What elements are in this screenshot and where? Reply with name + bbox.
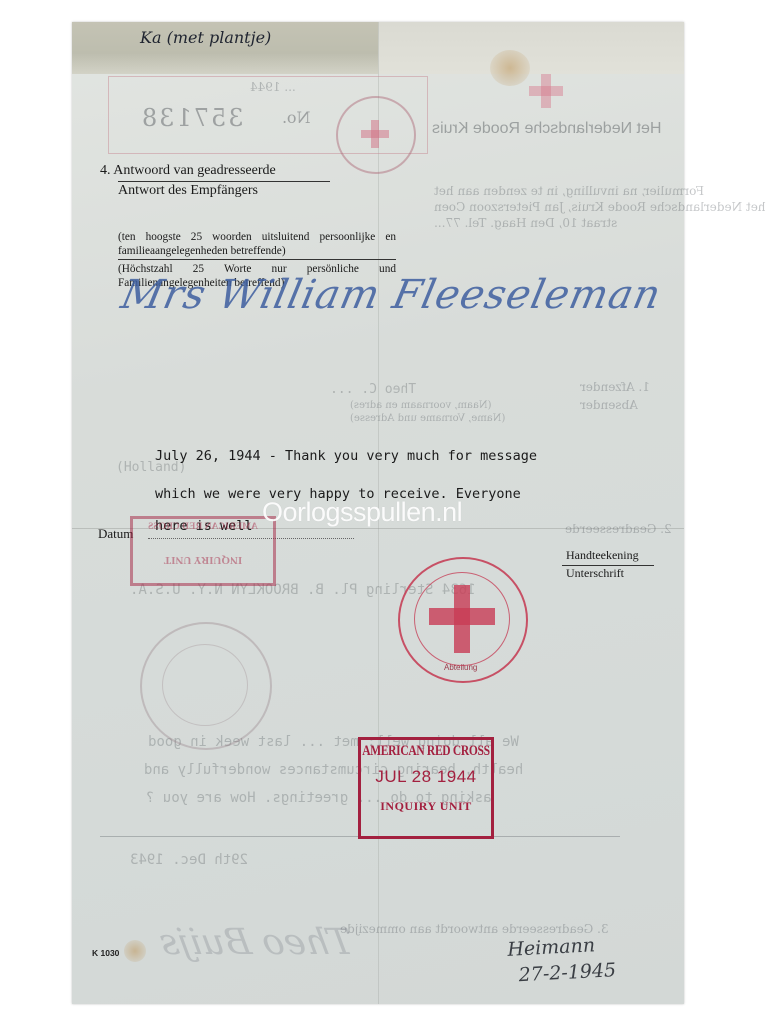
stamp-date: JUL 28 1944 — [361, 767, 491, 787]
bleed-intro-line: BUREAU van het Nederlandsche Roode Kruis… — [434, 200, 768, 214]
ghost-seal — [140, 622, 272, 750]
bleed-message-date: 29th Dec. 1943 — [130, 852, 248, 868]
bleed-addressee-label: 2. Geadresseerde — [565, 522, 672, 536]
red-cross-seal: Abteilung — [398, 557, 528, 683]
stain — [124, 940, 146, 962]
instruction-dutch: (ten hoogste 25 woorden uitsluitend pers… — [118, 230, 396, 258]
bleed-intro-line: straat 10, Den Haag. Tel. 77... — [434, 216, 617, 230]
form-code: K 1030 — [92, 948, 119, 958]
seal-ring-text: Abteilung — [444, 663, 477, 672]
bleed-sender-label-de: Absender — [580, 398, 638, 412]
folded-top-flap-right — [378, 22, 684, 74]
pencil-annotation: Heimann 27-2-1945 — [507, 931, 617, 989]
top-flap-handwritten-note: Ka (met plantje) — [140, 28, 271, 47]
datum-label: Datum — [98, 526, 133, 542]
bleed-sender-label: 1. Afzender — [580, 380, 650, 394]
serial-number: 357138 — [140, 104, 244, 132]
header-date: ... 1944 — [250, 80, 296, 94]
ghost-stamp-line3: INQUIRY UNIT — [133, 554, 273, 566]
reply-section-title-de: Antwort des Empfängers — [118, 183, 258, 199]
typed-message-line: July 26, 1944 - Thank you very much for … — [155, 448, 537, 464]
header-red-cross-seal — [336, 96, 416, 174]
ghost-stamp-line1: AMERICAN RED CROSS — [133, 522, 273, 532]
addressee-signature: Mrs William Fleeseleman — [117, 272, 665, 318]
organization-title: Het Nederlandsche Roode Kruis — [432, 120, 661, 138]
instruction-divider — [118, 259, 396, 260]
stain — [490, 50, 530, 86]
ghost-signature: Theo Buijs — [156, 922, 356, 963]
unterschrift-label: Unterschrift — [566, 566, 624, 581]
american-red-cross-stamp: AMERICAN RED CROSS JUL 28 1944 INQUIRY U… — [358, 737, 494, 839]
ghost-inquiry-stamp: AMERICAN RED CROSS INQUIRY UNIT — [130, 516, 276, 586]
bleed-name-hint-de: (Name, Vorname und Adresse) — [350, 413, 505, 424]
pencil-annotation-date: 27-2-1945 — [518, 957, 617, 988]
watermark: Oorlogsspullen.nl — [262, 497, 462, 528]
bleed-name-hint: (Naam, voornaam en adres) — [350, 400, 492, 411]
number-label: No. — [282, 108, 310, 127]
red-cross-icon-bar — [529, 86, 563, 96]
reply-section-title: 4. Antwoord van geadresseerde — [100, 163, 276, 179]
title-underline — [118, 181, 330, 182]
bleed-sender-name: Theo C. ... — [330, 382, 416, 397]
stamp-org: AMERICAN RED CROSS — [361, 744, 491, 759]
handteekening-label: Handteekening — [566, 548, 639, 563]
stamp-unit: INQUIRY UNIT — [361, 799, 491, 814]
bleed-intro-line: Formulier, na invulling, in te zenden aa… — [434, 184, 704, 198]
